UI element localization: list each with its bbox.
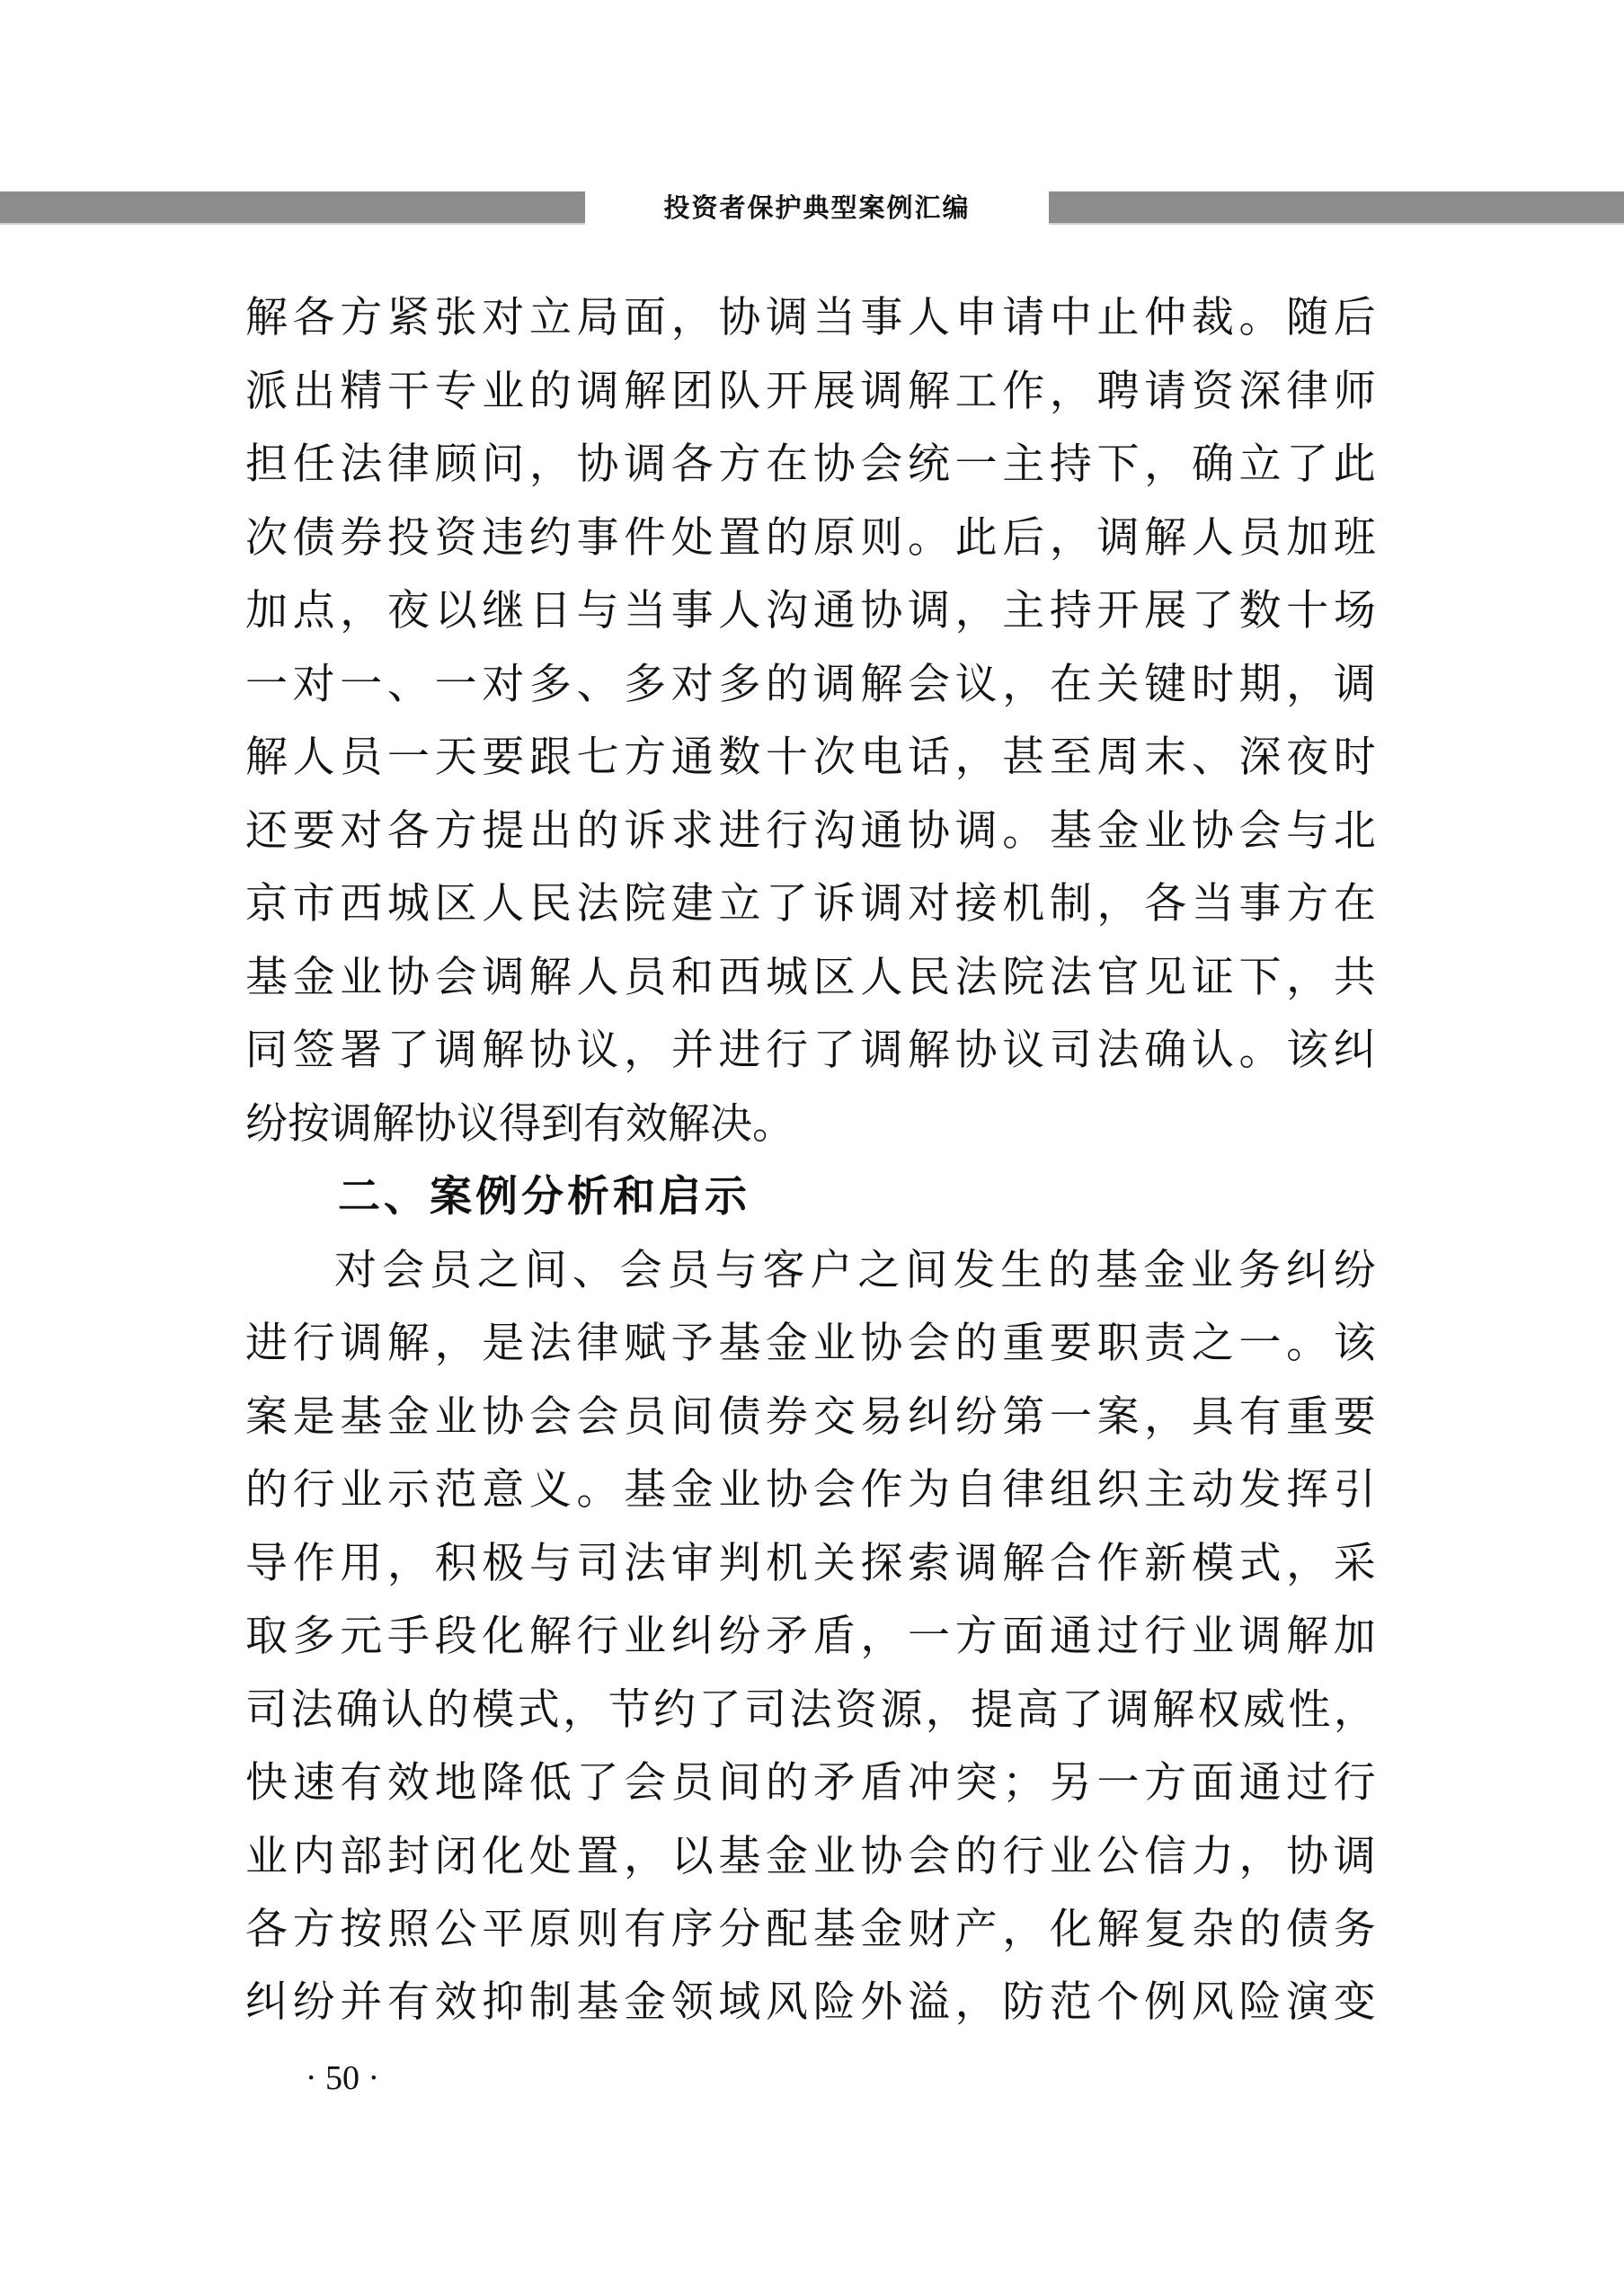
text-line: 快速有效地降低了会员间的矛盾冲突；另一方面通过行 [245,1758,1376,1809]
text-line: 纠纷并有效抑制基金领域风险外溢，防范个例风险演变 [245,1977,1376,2028]
text-line: 取多元手段化解行业纠纷矛盾，一方面通过行业调解加 [245,1612,1376,1662]
text-line: 纷按调解协议得到有效解决。 [245,1099,1376,1150]
text-line: 进行调解，是法律赋予基金业协会的重要职责之一。该 [245,1319,1376,1369]
text-line: 派出精干专业的调解团队开展调解工作，聘请资深律师 [245,367,1376,417]
text-line: 对会员之间、会员与客户之间发生的基金业务纠纷 [334,1246,1376,1296]
text-line: 各方按照公平原则有序分配基金财产，化解复杂的债务 [245,1905,1376,1955]
text-line: 的行业示范意义。基金业协会作为自律组织主动发挥引 [245,1465,1376,1515]
text-line: 次债券投资违约事件处置的原则。此后，调解人员加班 [245,513,1376,564]
header-bar-left [0,191,585,223]
text-line: 业内部封闭化处置，以基金业协会的行业公信力，协调 [245,1832,1376,1882]
text-line: 加点，夜以继日与当事人沟通协调，主持开展了数十场 [245,586,1376,636]
text-line: 解人员一天要跟七方通数十次电话，甚至周末、深夜时 [245,733,1376,783]
running-title: 投资者保护典型案例汇编 [585,190,1049,226]
text-line: 一对一、一对多、多对多的调解会议，在关键时期，调 [245,660,1376,710]
text-line: 司法确认的模式，节约了司法资源，提高了调解权威性， [245,1685,1376,1736]
page-number: · 50 · [293,2058,392,2098]
header-bar-right [1049,191,1624,223]
text-line: 基金业协会调解人员和西城区人民法院法官见证下，共 [245,953,1376,1003]
section-heading: 二、案例分析和启示 [338,1172,750,1222]
text-line: 担任法律顾问，协调各方在协会统一主持下，确立了此 [245,440,1376,490]
text-line: 案是基金业协会会员间债券交易纠纷第一案，具有重要 [245,1392,1376,1443]
text-line: 京市西城区人民法院建立了诉调对接机制，各当事方在 [245,879,1376,929]
text-line: 还要对各方提出的诉求进行沟通协调。基金业协会与北 [245,806,1376,857]
text-line: 导作用，积极与司法审判机关探索调解合作新模式，采 [245,1539,1376,1589]
text-line: 解各方紧张对立局面，协调当事人申请中止仲裁。随后 [245,293,1376,343]
text-line: 同签署了调解协议，并进行了调解协议司法确认。该纠 [245,1026,1376,1076]
